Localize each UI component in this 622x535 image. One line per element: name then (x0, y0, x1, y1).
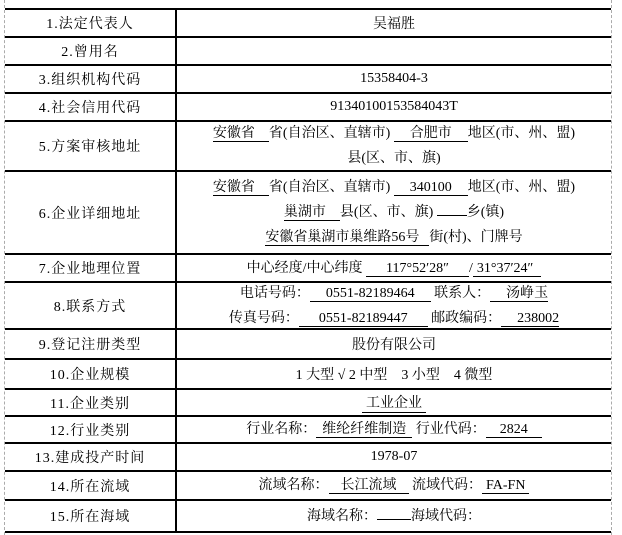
contact-person-value: 汤峥玉 (490, 286, 548, 302)
row-label: 9.登记注册类型 (5, 330, 177, 358)
row-label: 15.所在海域 (5, 501, 177, 531)
row-label: 4.社会信用代码 (5, 94, 177, 120)
row-value: 工业企业 (177, 390, 611, 415)
postcode-label: 邮政编码： (431, 311, 501, 326)
row-value: 安徽省省(自治区、直辖市) 340100地区(市、州、盟) 巢湖市县(区、市、旗… (177, 172, 611, 253)
review-address-line1: 安徽省省(自治区、直辖市) 合肥市地区(市、州、盟) (213, 121, 575, 146)
industry-name-value: 维纶纤维制造 (316, 422, 412, 438)
basin-name-value: 长江流域 (329, 478, 409, 494)
review-city-value: 合肥市 (394, 126, 468, 142)
region-caption: 地区(市、州、盟) (468, 126, 575, 141)
address-province-value: 安徽省 (213, 180, 269, 196)
row-label: 11.企业类别 (5, 390, 177, 415)
row-label: 2.曾用名 (5, 38, 177, 64)
row-social-credit-code: 4.社会信用代码 91340100153584043T (5, 94, 611, 122)
row-detailed-address: 6.企业详细地址 安徽省省(自治区、直辖市) 340100地区(市、州、盟) 巢… (5, 172, 611, 255)
county-caption: 县(区、市、旗) (340, 205, 433, 220)
row-registration-type: 9.登记注册类型 股份有限公司 (5, 330, 611, 360)
county-caption: 县(区、市、旗) (347, 151, 440, 166)
row-value: 1978-07 (177, 444, 611, 470)
row-value: 15358404-3 (177, 66, 611, 92)
coordinates-caption: 中心经度/中心纬度 (247, 261, 363, 276)
row-label: 12.行业类别 (5, 417, 177, 442)
phone-label: 电话号码： (240, 286, 310, 301)
detailed-address-line3: 安徽省巢湖市巢维路56号街(村)、门牌号 (265, 225, 522, 250)
phone-number-value: 0551-82189464 (310, 286, 431, 302)
basin-code-value: FA-FN (482, 478, 529, 494)
row-label: 7.企业地理位置 (5, 255, 177, 281)
row-value: 1 大型 √ 2 中型 3 小型 4 微型 (177, 360, 611, 388)
sea-code-label: 海域代码： (411, 509, 481, 524)
street-caption: 街(村)、门牌号 (429, 230, 522, 245)
street-address-value: 安徽省巢湖市巢维路56号 (265, 230, 429, 246)
social-credit-code-value: 91340100153584043T (330, 99, 458, 115)
address-region-code-value: 340100 (394, 180, 468, 196)
row-value: 吴福胜 (177, 10, 611, 36)
fax-label: 传真号码： (229, 311, 299, 326)
row-river-basin: 14.所在流域 流域名称：长江流域 流域代码：FA-FN (5, 472, 611, 501)
sea-name-label: 海域名称： (307, 509, 377, 524)
row-label: 14.所在流域 (5, 472, 177, 499)
address-county-value: 巢湖市 (284, 205, 340, 221)
row-label: 10.企业规模 (5, 360, 177, 388)
row-review-address: 5.方案审核地址 安徽省省(自治区、直辖市) 合肥市地区(市、州、盟) 县(区、… (5, 122, 611, 172)
row-legal-representative: 1.法定代表人 吴福胜 (5, 10, 611, 38)
row-label: 6.企业详细地址 (5, 172, 177, 253)
detailed-address-line2: 巢湖市县(区、市、旗) 乡(镇) (284, 200, 504, 225)
row-value: 电话号码：0551-82189464 联系人：汤峥玉 传真号码：0551-821… (177, 283, 611, 328)
row-label: 5.方案审核地址 (5, 122, 177, 170)
right-page-guide-line (611, 0, 612, 535)
row-value: 安徽省省(自治区、直辖市) 合肥市地区(市、州、盟) 县(区、市、旗) (177, 122, 611, 170)
enterprise-category-value: 工业企业 (362, 392, 426, 413)
contact-line1: 电话号码：0551-82189464 联系人：汤峥玉 (240, 281, 548, 306)
row-production-start-date: 13.建成投产时间 1978-07 (5, 444, 611, 472)
latitude-value: 31°37′24″ (473, 261, 542, 277)
row-contact-info: 8.联系方式 电话号码：0551-82189464 联系人：汤峥玉 传真号码：0… (5, 283, 611, 330)
industry-name-label: 行业名称： (246, 422, 316, 437)
review-address-line2: 县(区、市、旗) (347, 146, 440, 171)
organization-code-value: 15358404-3 (360, 71, 428, 87)
township-blank-field (437, 201, 467, 216)
row-organization-code: 3.组织机构代码 15358404-3 (5, 66, 611, 94)
row-label: 1.法定代表人 (5, 10, 177, 36)
row-value: 行业名称：维纶纤维制造 行业代码：2824 (177, 417, 611, 442)
row-enterprise-scale: 10.企业规模 1 大型 √ 2 中型 3 小型 4 微型 (5, 360, 611, 390)
province-caption: 省(自治区、直辖市) (269, 126, 390, 141)
row-industry-category: 12.行业类别 行业名称：维纶纤维制造 行业代码：2824 (5, 417, 611, 444)
registration-type-value: 股份有限公司 (352, 334, 436, 354)
review-province-value: 安徽省 (213, 126, 269, 142)
postcode-value: 238002 (501, 311, 559, 327)
longitude-value: 117°52′28″ (366, 261, 469, 277)
fax-number-value: 0551-82189447 (299, 311, 428, 327)
row-enterprise-category: 11.企业类别 工业企业 (5, 390, 611, 417)
basin-name-label: 流域名称： (259, 478, 329, 493)
row-label: 8.联系方式 (5, 283, 177, 328)
industry-code-value: 2824 (486, 422, 542, 438)
sea-area-line: 海域名称：海域代码： (307, 504, 481, 529)
basin-code-label: 流域代码： (412, 478, 482, 493)
form-page: 1.法定代表人 吴福胜 2.曾用名 3.组织机构代码 15358404-3 4.… (0, 0, 622, 535)
township-caption: 乡(镇) (467, 205, 504, 220)
row-former-name: 2.曾用名 (5, 38, 611, 66)
enterprise-scale-options: 1 大型 √ 2 中型 3 小型 4 微型 (296, 364, 493, 384)
enterprise-info-table: 1.法定代表人 吴福胜 2.曾用名 3.组织机构代码 15358404-3 4.… (5, 8, 611, 533)
production-start-date-value: 1978-07 (371, 449, 418, 465)
sea-name-blank-field (377, 505, 411, 520)
province-caption: 省(自治区、直辖市) (269, 180, 390, 195)
row-value: 流域名称：长江流域 流域代码：FA-FN (177, 472, 611, 499)
row-value (177, 38, 611, 64)
row-sea-area: 15.所在海域 海域名称：海域代码： (5, 501, 611, 533)
row-value: 中心经度/中心纬度 117°52′28″/31°37′24″ (177, 255, 611, 281)
contact-person-label: 联系人： (434, 286, 490, 301)
legal-representative-value: 吴福胜 (373, 13, 415, 33)
geo-position-line: 中心经度/中心纬度 117°52′28″/31°37′24″ (247, 256, 542, 281)
industry-line: 行业名称：维纶纤维制造 行业代码：2824 (246, 417, 542, 442)
row-geographic-position: 7.企业地理位置 中心经度/中心纬度 117°52′28″/31°37′24″ (5, 255, 611, 283)
detailed-address-line1: 安徽省省(自治区、直辖市) 340100地区(市、州、盟) (213, 175, 575, 200)
row-value: 海域名称：海域代码： (177, 501, 611, 531)
basin-line: 流域名称：长江流域 流域代码：FA-FN (259, 473, 530, 498)
row-label: 3.组织机构代码 (5, 66, 177, 92)
row-label: 13.建成投产时间 (5, 444, 177, 470)
region-caption: 地区(市、州、盟) (468, 180, 575, 195)
contact-line2: 传真号码：0551-82189447 邮政编码：238002 (229, 306, 559, 331)
industry-code-label: 行业代码： (416, 422, 486, 437)
row-value: 股份有限公司 (177, 330, 611, 358)
row-value: 91340100153584043T (177, 94, 611, 120)
